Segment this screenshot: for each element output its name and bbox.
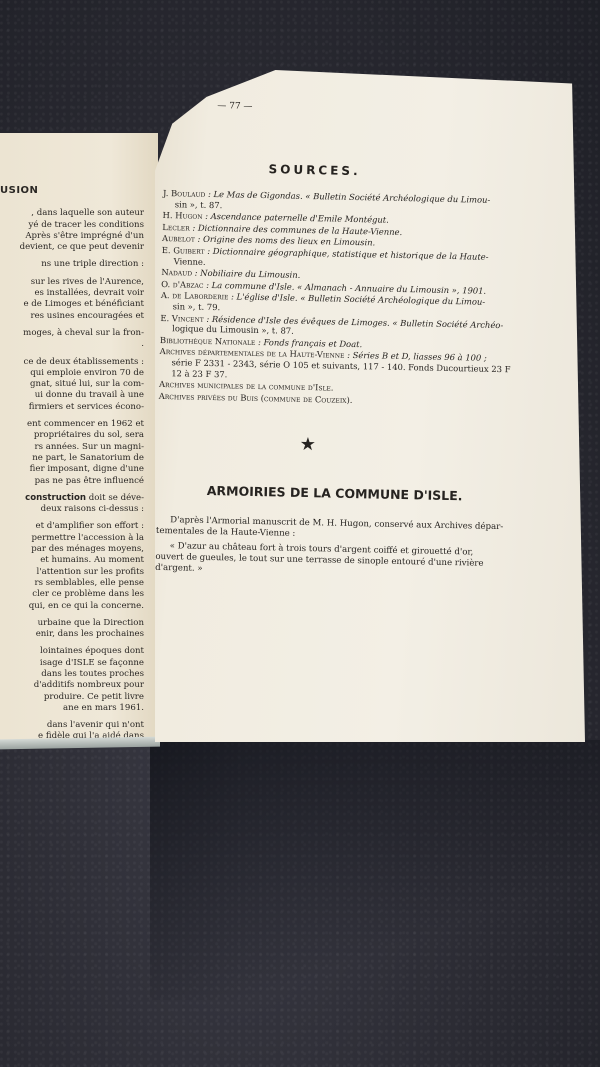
star-icon: ★ bbox=[158, 431, 458, 458]
left-paragraph: ent commencer en 1962 etpropriétaires du… bbox=[0, 419, 144, 487]
right-page-content: — 77 — SOURCES. J. Boulaud : Le Mas de G… bbox=[155, 100, 505, 585]
sources-heading: SOURCES. bbox=[268, 162, 503, 181]
book-shadow bbox=[150, 740, 600, 1000]
armoiries-heading: ARMOIRIES DE LA COMMUNE D'ISLE. bbox=[207, 483, 497, 504]
left-paragraph: moges, à cheval sur la fron-. bbox=[0, 328, 144, 351]
left-page: USION , dans laquelle son auteuryé de tr… bbox=[0, 133, 158, 741]
left-paragraph: , dans laquelle son auteuryé de tracer l… bbox=[0, 208, 144, 253]
left-page-heading: USION bbox=[0, 185, 144, 196]
left-paragraph: et d'amplifier son effort :permettre l'a… bbox=[0, 521, 144, 611]
armoiries-paragraph: « D'azur au château fort à trois tours d… bbox=[155, 541, 496, 581]
sources-list: J. Boulaud : Le Mas de Gigondas. « Bulle… bbox=[159, 188, 503, 408]
left-paragraph: construction doit se déve-deux raisons c… bbox=[0, 493, 144, 516]
armoiries-text: D'après l'Armorial manuscrit de M. H. Hu… bbox=[155, 515, 496, 581]
left-paragraph: ce de deux établissements :qui emploie e… bbox=[0, 357, 144, 413]
left-paragraph: urbaine que la Directionenir, dans les p… bbox=[0, 618, 144, 641]
armoiries-paragraph: D'après l'Armorial manuscrit de M. H. Hu… bbox=[156, 515, 496, 544]
left-paragraph: sur les rives de l'Aurence,es installées… bbox=[0, 277, 144, 322]
left-paragraph: ns une triple direction : bbox=[0, 259, 144, 270]
left-paragraph: lointaines époques dontisage d'ISLE se f… bbox=[0, 646, 144, 714]
left-page-body: , dans laquelle son auteuryé de tracer l… bbox=[0, 208, 144, 741]
